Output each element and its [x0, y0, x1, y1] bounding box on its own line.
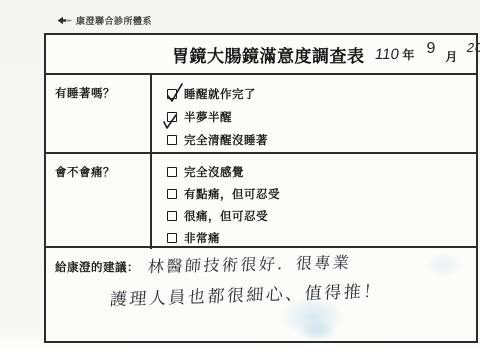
option-label: 睡醒就作完了 — [184, 86, 256, 102]
checkbox-unchecked — [167, 167, 177, 177]
handwritten-comment-line-2: 護理人員也都很細心、值得推！ — [109, 277, 384, 311]
table-header-row: 胃鏡大腸鏡滿意度調查表 110 年 9 月 20 — [46, 35, 476, 75]
date-month-handwritten: 9 — [426, 40, 435, 58]
checkbox-unchecked — [167, 135, 177, 145]
handwritten-comment-line-1: 林醫師技術很好．很專業 — [147, 250, 352, 277]
scanned-survey-page: 康澄聯合診所體系 胃鏡大腸鏡滿意度調查表 110 年 9 月 20 有睡著嗎？ — [0, 0, 480, 360]
option-row: 非常痛 — [167, 227, 476, 249]
question-options: 完全沒感覺 有點痛，但可忍受 很痛，但可忍受 非常痛 — [150, 154, 476, 246]
clinic-name: 康澄聯合診所體系 — [76, 14, 152, 27]
option-row: 很痛，但可忍受 — [167, 205, 476, 227]
question-label: 會不會痛？ — [46, 154, 150, 246]
checkbox-checked — [167, 89, 177, 99]
checkbox-unchecked — [167, 233, 177, 243]
checkbox-checked — [167, 112, 177, 122]
date-year-handwritten: 110 — [373, 46, 399, 63]
option-label: 很痛，但可忍受 — [184, 208, 268, 224]
date-day-handwritten: 20 — [466, 40, 480, 55]
pointer-arrow-icon — [57, 16, 72, 25]
date-month-label: 月 — [445, 48, 457, 65]
question-label: 有睡著嗎？ — [46, 75, 150, 152]
option-row: 完全清醒沒睡著 — [167, 128, 476, 151]
survey-table: 胃鏡大腸鏡滿意度調查表 110 年 9 月 20 有睡著嗎？ 睡醒就作 — [44, 33, 478, 343]
option-row: 完全沒感覺 — [167, 161, 476, 183]
checkmark-icon — [163, 114, 179, 130]
suggestion-label: 給康澄的建議： — [55, 259, 139, 275]
option-label: 完全沒感覺 — [184, 164, 244, 180]
option-row: 睡醒就作完了 — [167, 82, 476, 105]
suggestion-row: 給康澄的建議： 林醫師技術很好．很專業 護理人員也都很細心、值得推！ — [46, 248, 476, 341]
option-row: 半夢半醒 — [167, 105, 476, 128]
option-label: 半夢半醒 — [184, 109, 232, 125]
option-label: 有點痛，但可忍受 — [184, 186, 280, 202]
form-title: 胃鏡大腸鏡滿意度調查表 — [172, 42, 365, 67]
checkmark-icon — [166, 83, 184, 103]
option-row: 有點痛，但可忍受 — [167, 183, 476, 205]
date-group: 110 年 9 月 20 — [375, 45, 480, 63]
clinic-brand: 康澄聯合診所體系 — [57, 14, 152, 27]
checkbox-unchecked — [167, 189, 177, 199]
checkbox-unchecked — [167, 211, 177, 221]
option-label: 完全清醒沒睡著 — [184, 132, 268, 148]
question-row-sleep: 有睡著嗎？ 睡醒就作完了 半夢半醒 — [46, 75, 476, 154]
date-year-label: 年 — [402, 46, 414, 63]
option-label: 非常痛 — [184, 230, 220, 246]
question-options: 睡醒就作完了 半夢半醒 完全清醒沒睡著 — [150, 75, 476, 152]
column-divider — [150, 75, 152, 249]
question-row-pain: 會不會痛？ 完全沒感覺 有點痛，但可忍受 很痛，但可忍受 非常痛 — [46, 154, 476, 248]
